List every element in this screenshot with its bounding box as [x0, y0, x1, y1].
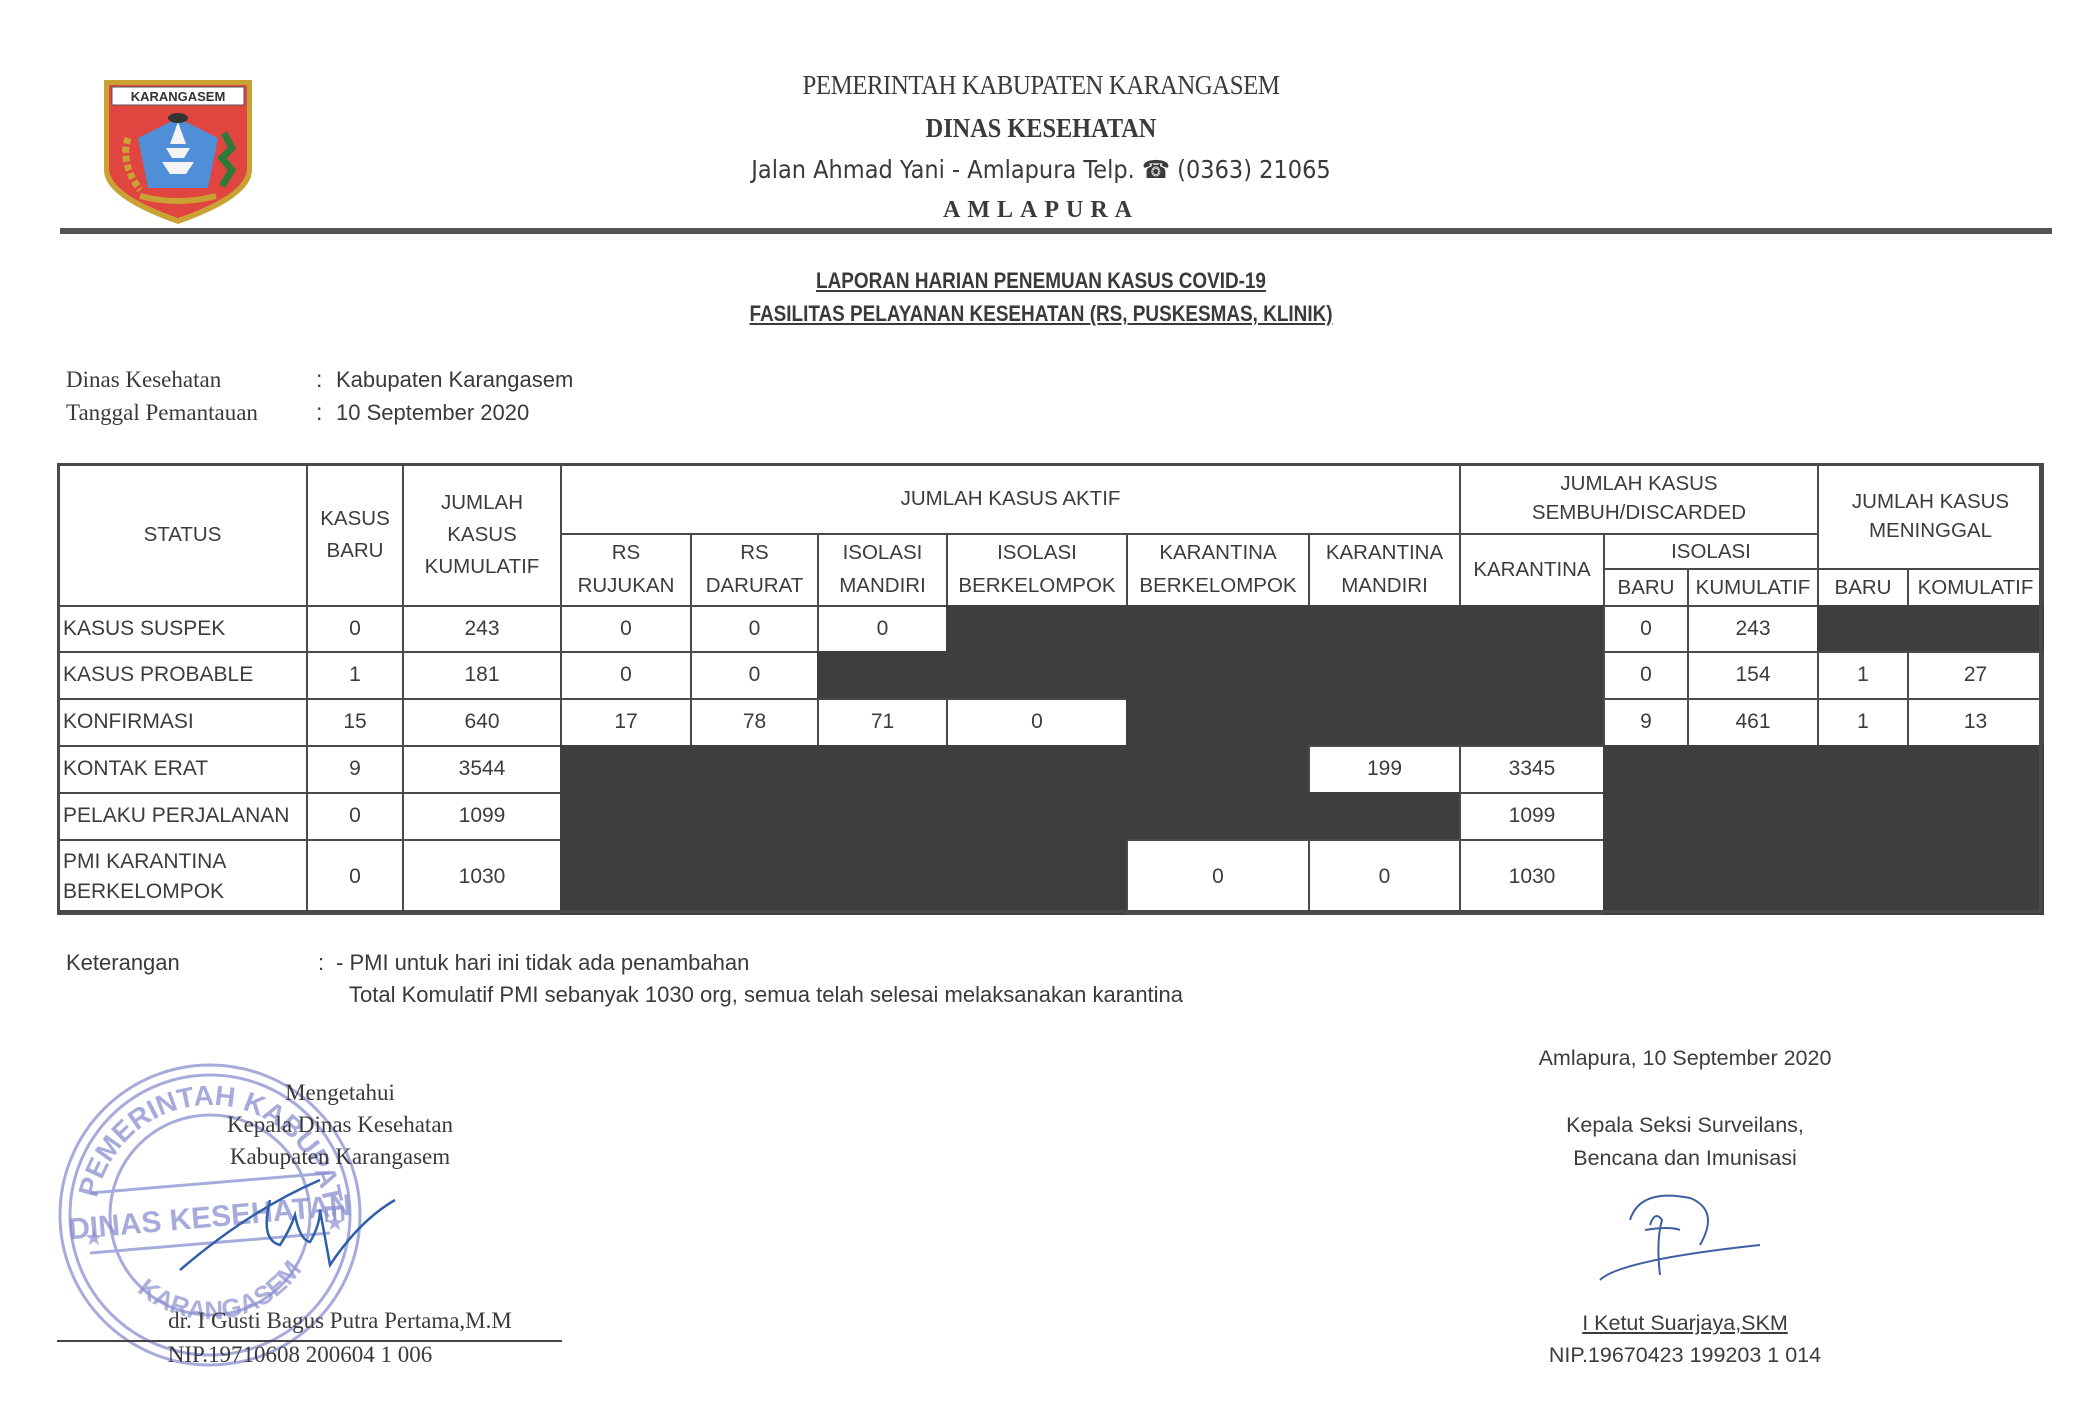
header-jumlah-kumulatif: JUMLAH KASUS KUMULATIF: [402, 463, 562, 607]
blocked-cell: [1817, 792, 1909, 841]
meta-label: Dinas Kesehatan: [66, 367, 316, 393]
value-cell-sembuh-karantina: 3345: [1459, 745, 1605, 794]
value-cell-sembuh-isolasi-baru: 0: [1603, 605, 1689, 653]
note-line: Total Komulatif PMI sebanyak 1030 org, s…: [349, 982, 1183, 1008]
blocked-cell: [1687, 745, 1819, 794]
value-cell-karantina-berkelompok: 0: [1126, 839, 1310, 915]
value-cell-sembuh-isolasi-kumulatif: 243: [1687, 605, 1819, 653]
header-aktif-col: KARANTINA MANDIRI: [1308, 533, 1461, 607]
letterhead-department: DINAS KESEHATAN: [104, 113, 1978, 144]
meta-label: Tanggal Pemantauan: [66, 400, 316, 426]
report-subtitle: FASILITAS PELAYANAN KESEHATAN (RS, PUSKE…: [146, 301, 1937, 327]
blocked-cell: [946, 605, 1128, 653]
blocked-cell: [946, 792, 1128, 841]
blocked-cell: [1308, 651, 1461, 700]
meta-colon: :: [316, 399, 336, 426]
row-status-label: KONTAK ERAT: [57, 745, 308, 794]
value-cell-baru: 15: [306, 698, 404, 747]
meta-value: 10 September 2020: [336, 400, 529, 425]
header-status: STATUS: [57, 463, 308, 607]
value-cell-sembuh-isolasi-kumulatif: 461: [1687, 698, 1819, 747]
blocked-cell: [560, 792, 692, 841]
notes-label: Keterangan: [66, 950, 180, 976]
blocked-cell: [690, 792, 819, 841]
blocked-cell: [817, 792, 948, 841]
value-cell-sembuh-karantina: 1099: [1459, 792, 1605, 841]
letterhead-divider: [60, 228, 2052, 234]
signature-left-icon: [170, 1170, 410, 1280]
blocked-cell: [1817, 839, 1909, 915]
value-cell-baru: 9: [306, 745, 404, 794]
blocked-cell: [1126, 792, 1310, 841]
header-sembuh-isolasi-kumulatif: KUMULATIF: [1687, 568, 1819, 607]
header-aktif-col: RS RUJUKAN: [560, 533, 692, 607]
notes-colon: :: [318, 950, 324, 976]
value-cell-baru: 1: [306, 651, 404, 700]
blocked-cell: [690, 745, 819, 794]
blocked-cell: [1459, 651, 1605, 700]
value-cell-meninggal-kumulatif: 27: [1907, 651, 2044, 700]
blocked-cell: [1126, 745, 1310, 794]
value-cell-kumulatif: 640: [402, 698, 562, 747]
sig-left-position: Kepala Dinas Kesehatan: [150, 1112, 530, 1138]
value-cell-isolasi-berkelompok: 0: [946, 698, 1128, 747]
value-cell-baru: 0: [306, 605, 404, 653]
note-line: - PMI untuk hari ini tidak ada penambaha…: [336, 950, 749, 976]
value-cell-kumulatif: 243: [402, 605, 562, 653]
blocked-cell: [1907, 839, 2044, 915]
blocked-cell: [1603, 792, 1689, 841]
value-cell-rs-darurat: 78: [690, 698, 819, 747]
value-cell-karantina-mandiri: 199: [1308, 745, 1461, 794]
blocked-cell: [946, 651, 1128, 700]
letterhead-address: Jalan Ahmad Yani - Amlapura Telp. ☎ (036…: [104, 155, 1978, 184]
value-cell-meninggal-kumulatif: 13: [1907, 698, 2044, 747]
blocked-cell: [817, 651, 948, 700]
value-cell-isolasi-mandiri: 71: [817, 698, 948, 747]
value-cell-sembuh-isolasi-baru: 9: [1603, 698, 1689, 747]
value-cell-meninggal-baru: 1: [1817, 698, 1909, 747]
covid-report-table: STATUSKASUS BARUJUMLAH KASUS KUMULATIFJU…: [57, 463, 2042, 913]
value-cell-rs-rujukan: 0: [560, 651, 692, 700]
blocked-cell: [1603, 839, 1689, 915]
value-cell-meninggal-baru: 1: [1817, 651, 1909, 700]
blocked-cell: [1308, 792, 1461, 841]
header-aktif-col: ISOLASI MANDIRI: [817, 533, 948, 607]
blocked-cell: [690, 839, 819, 915]
sig-left-acknowledged: Mengetahui: [150, 1080, 530, 1106]
header-sembuh-karantina: KARANTINA: [1459, 533, 1605, 607]
sig-right-name: I Ketut Suarjaya,SKM: [1440, 1311, 1930, 1336]
header-aktif-col: KARANTINA BERKELOMPOK: [1126, 533, 1310, 607]
row-status-label: PMI KARANTINA BERKELOMPOK: [57, 839, 308, 915]
value-cell-rs-darurat: 0: [690, 651, 819, 700]
blocked-cell: [560, 745, 692, 794]
blocked-cell: [1603, 745, 1689, 794]
value-cell-baru: 0: [306, 839, 404, 915]
blocked-cell: [1907, 745, 2044, 794]
blocked-cell: [1459, 605, 1605, 653]
blocked-cell: [1907, 605, 2044, 653]
row-status-label: KONFIRMASI: [57, 698, 308, 747]
value-cell-sembuh-isolasi-kumulatif: 154: [1687, 651, 1819, 700]
blocked-cell: [946, 745, 1128, 794]
blocked-cell: [946, 839, 1128, 915]
blocked-cell: [560, 839, 692, 915]
signature-right-icon: [1580, 1180, 1780, 1290]
value-cell-karantina-mandiri: 0: [1308, 839, 1461, 915]
value-cell-rs-darurat: 0: [690, 605, 819, 653]
value-cell-isolasi-mandiri: 0: [817, 605, 948, 653]
svg-text:★: ★: [84, 1225, 104, 1250]
header-sembuh: JUMLAH KASUS SEMBUH/DISCARDED: [1459, 463, 1819, 535]
value-cell-kumulatif: 1099: [402, 792, 562, 841]
blocked-cell: [1126, 651, 1310, 700]
row-status-label: KASUS SUSPEK: [57, 605, 308, 653]
blocked-cell: [1308, 698, 1461, 747]
meta-value: Kabupaten Karangasem: [336, 367, 573, 392]
blocked-cell: [817, 839, 948, 915]
sig-right-position: Kepala Seksi Surveilans,: [1440, 1113, 1930, 1138]
blocked-cell: [1817, 605, 1909, 653]
value-cell-rs-rujukan: 17: [560, 698, 692, 747]
value-cell-kumulatif: 1030: [402, 839, 562, 915]
blocked-cell: [1126, 698, 1310, 747]
blocked-cell: [817, 745, 948, 794]
meta-row-dinas: Dinas Kesehatan:Kabupaten Karangasem: [66, 366, 573, 393]
header-sembuh-isolasi: ISOLASI: [1603, 533, 1819, 570]
letterhead-city: AMLAPURA: [0, 197, 2082, 224]
header-aktif-col: ISOLASI BERKELOMPOK: [946, 533, 1128, 607]
sig-left-nip: NIP.19710608 200604 1 006: [60, 1342, 540, 1368]
letterhead-government: PEMERINTAH KABUPATEN KARANGASEM: [83, 70, 1998, 101]
report-title: LAPORAN HARIAN PENEMUAN KASUS COVID-19: [146, 268, 1937, 294]
blocked-cell: [1308, 605, 1461, 653]
header-meninggal-kumulatif: KOMULATIF: [1907, 568, 2044, 607]
header-aktif-col: RS DARURAT: [690, 533, 819, 607]
value-cell-baru: 0: [306, 792, 404, 841]
blocked-cell: [1907, 792, 2044, 841]
value-cell-kumulatif: 3544: [402, 745, 562, 794]
header-kasus-aktif: JUMLAH KASUS AKTIF: [560, 463, 1461, 535]
sig-left-region: Kabupaten Karangasem: [150, 1144, 530, 1170]
sig-right-nip: NIP.19670423 199203 1 014: [1440, 1343, 1930, 1368]
blocked-cell: [1459, 698, 1605, 747]
value-cell-sembuh-karantina: 1030: [1459, 839, 1605, 915]
sig-right-place-date: Amlapura, 10 September 2020: [1440, 1046, 1930, 1071]
blocked-cell: [1817, 745, 1909, 794]
meta-colon: :: [316, 366, 336, 393]
header-kasus-baru: KASUS BARU: [306, 463, 404, 607]
value-cell-rs-rujukan: 0: [560, 605, 692, 653]
sig-right-position-2: Bencana dan Imunisasi: [1440, 1146, 1930, 1171]
blocked-cell: [1687, 839, 1819, 915]
meta-row-tanggal: Tanggal Pemantauan:10 September 2020: [66, 399, 529, 426]
value-cell-kumulatif: 181: [402, 651, 562, 700]
header-meninggal-baru: BARU: [1817, 568, 1909, 607]
row-status-label: KASUS PROBABLE: [57, 651, 308, 700]
sig-left-name: dr. I Gusti Bagus Putra Pertama,M.M: [60, 1308, 620, 1334]
row-status-label: PELAKU PERJALANAN: [57, 792, 308, 841]
value-cell-sembuh-isolasi-baru: 0: [1603, 651, 1689, 700]
blocked-cell: [1126, 605, 1310, 653]
blocked-cell: [1687, 792, 1819, 841]
header-meninggal: JUMLAH KASUS MENINGGAL: [1817, 463, 2044, 570]
header-sembuh-isolasi-baru: BARU: [1603, 568, 1689, 607]
